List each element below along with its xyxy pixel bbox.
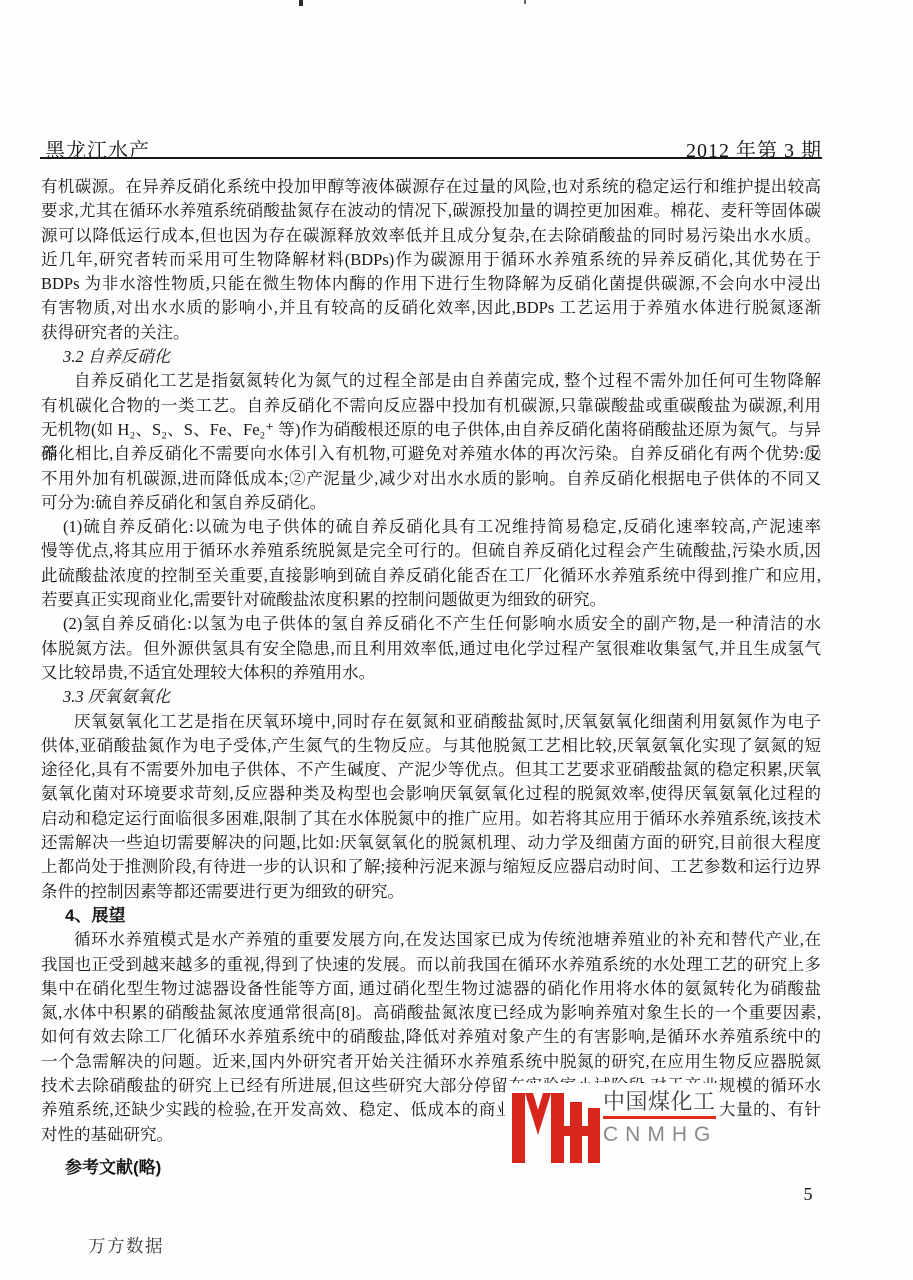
text-line: 有机碳源。在异养反硝化系统中投加甲醇等液体碳源存在过量的风险,也对系统的稳定运行… xyxy=(41,175,821,199)
text-line: 有害物质,对出水水质的影响小,并且有较高的反硝化效率,因此,BDPs 工艺运用于… xyxy=(41,296,821,320)
text-line: 获得研究者的关注。 xyxy=(41,321,821,345)
text-line: 若要真正实现商业化,需要针对硫酸盐浓度积累的控制问题做更为细致的研究。 xyxy=(41,588,821,612)
text-line: 源可以降低运行成本,但也因为存在碳源释放效率低并且成分复杂,在去除硝酸盐的同时易… xyxy=(41,224,821,248)
text-line: 又比较昂贵,不适宜处理较大体积的养殖用水。 xyxy=(41,661,821,685)
text-line: 体脱氮方法。但外源供氢具有安全隐患,而且利用效率低,通过电化学过程产氢很难收集氢… xyxy=(41,637,821,661)
text-line: 要求,尤其在循环水养殖系统硝酸盐氮存在波动的情况下,碳源投加量的调控更加困难。棉… xyxy=(41,199,821,223)
cnmhg-watermark: 中国煤化工 CNMHG xyxy=(505,1083,717,1163)
text-line: 集中在硝化型生物过滤器设备性能等方面, 通过硝化型生物过滤器的硝化作用将水体的氨… xyxy=(41,977,821,1001)
page-header: 黑龙江水产 2012 年第 3 期 xyxy=(45,134,822,158)
text-line: 硝化相比,自养反硝化不需要向水体引入有机物,可避免对养殖水体的再次污染。自养反硝… xyxy=(41,442,821,466)
text-line: 启动和稳定运行面临很多困难,限制了其在水体脱氮中的推广应用。如若将其应用于循环水… xyxy=(41,807,821,831)
header-rule xyxy=(40,157,822,159)
text-line: 供体,亚硝酸盐氮作为电子受体,产生氮气的生物反应。与其他脱氮工艺相比较,厌氧氨氧… xyxy=(41,734,821,758)
text-line: 循环水养殖模式是水产养殖的重要发展方向,在发达国家已成为传统池塘养殖业的补充和替… xyxy=(41,928,821,952)
text-line: 如何有效去除工厂化循环水养殖系统中的硝酸盐,降低对养殖对象产生的有害影响,是循环… xyxy=(41,1025,821,1049)
text-line: 可分为:硫自养反硝化和氢自养反硝化。 xyxy=(41,491,821,515)
text-line: 上都尚处于推测阶段,有待进一步的认识和了解;接种污泥来源与缩短反应器启动时间、工… xyxy=(41,855,821,879)
watermark-name-en: CNMHG xyxy=(603,1121,717,1149)
text-line: 3.2 自养反硝化 xyxy=(41,345,821,369)
text-line: 还需解决一些迫切需要解决的问题,比如:厌氧氨氧化的脱氮机理、动力学及细菌方面的研… xyxy=(41,831,821,855)
text-line: (2)氢自养反硝化:以氢为电子供体的氢自养反硝化不产生任何影响水质安全的副产物,… xyxy=(41,612,821,636)
watermark-text-block: 中国煤化工 CNMHG xyxy=(603,1089,717,1149)
text-line: 3.3 厌氧氨氧化 xyxy=(41,685,821,709)
text-line: 自养反硝化工艺是指氨氮转化为氮气的过程全部是由自养菌完成, 整个过程不需外加任何… xyxy=(41,369,821,393)
text-line: 4、展望 xyxy=(41,904,821,928)
text-line: (1)硫自养反硝化:以硫为电子供体的硫自养反硝化具有工况维持简易稳定,反硝化速率… xyxy=(41,515,821,539)
text-line: 慢等优点,将其应用于循环水养殖系统脱氮是完全可行的。但硫自养反硝化过程会产生硫酸… xyxy=(41,539,821,563)
text-line: 一个急需解决的问题。近来,国内外研究者开始关注循环水养殖系统中脱氮的研究,在应用… xyxy=(41,1050,821,1074)
text-line: 厌氧氨氧化工艺是指在厌氧环境中,同时存在氨氮和亚硝酸盐氮时,厌氧氨氧化细菌利用氨… xyxy=(41,710,821,734)
watermark-name-cn: 中国煤化工 xyxy=(603,1089,717,1115)
text-line: BDPs 为非水溶性物质,只能在微生物体内酶的作用下进行生物降解为反硝化菌提供碳… xyxy=(41,272,821,296)
text-line: 氮,水体中积累的硝酸盐氮浓度通常很高[8]。高硝酸盐氮浓度已经成为影响养殖对象生… xyxy=(41,1001,821,1025)
wanfang-data-mark: 万方数据 xyxy=(88,1233,164,1258)
text-line: 氨氧化菌对环境要求苛刻,反应器种类及构型也会影响厌氧氨氧化过程的脱氮效率,使得厌… xyxy=(41,782,821,806)
text-line: 近几年,研究者转而采用可生物降解材料(BDPs)作为碳源用于循环水养殖系统的异养… xyxy=(41,248,821,272)
text-line: 我国也正受到越来越多的重视,得到了快速的发展。而以前我国在循环水养殖系统的水处理… xyxy=(41,953,821,977)
text-line: 有机碳化合物的一类工艺。自养反硝化不需向反应器中投加有机碳源,只靠碳酸盐或重碳酸… xyxy=(41,394,821,418)
scan-artifact xyxy=(299,0,303,6)
text-line: 无机物(如 H₂、S₂、S、Fe、Fe₂⁺ 等)作为硝酸根还原的电子供体,由自养… xyxy=(41,418,821,442)
scan-artifact xyxy=(524,0,526,4)
scanned-journal-page: 黑龙江水产 2012 年第 3 期 有机碳源。在异养反硝化系统中投加甲醇等液体碳… xyxy=(0,0,913,1280)
text-line: 途径化,具有不需要外加电子供体、不产生碱度、产泥少等优点。但其工艺要求亚硝酸盐氮… xyxy=(41,758,821,782)
body-text: 有机碳源。在异养反硝化系统中投加甲醇等液体碳源存在过量的风险,也对系统的稳定运行… xyxy=(41,175,821,1180)
text-line: 条件的控制因素等都还需要进行更为细致的研究。 xyxy=(41,880,821,904)
text-line: 此硫酸盐浓度的控制至关重要,直接影响到硫自养反硝化能否在工厂化循环水养殖系统中得… xyxy=(41,564,821,588)
watermark-underline xyxy=(603,1116,716,1119)
text-line: 不用外加有机碳源,进而降低成本;②产泥量少,减少对出水水质的影响。自养反硝化根据… xyxy=(41,467,821,491)
cnmhg-logo-icon xyxy=(512,1093,600,1168)
page-number: 5 xyxy=(796,1184,820,1205)
